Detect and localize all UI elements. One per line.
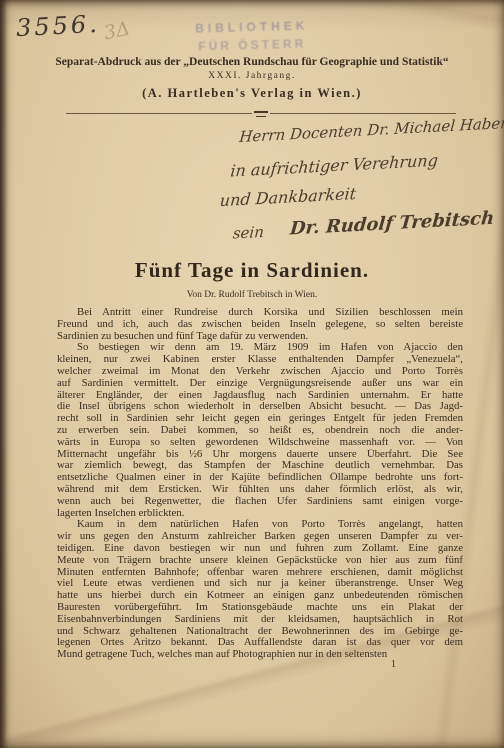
dedication-line-4: sein Dr. Rudolf Trebitsch bbox=[200, 207, 501, 244]
handwritten-dedication: Herrn Docenten Dr. Michael Haberlandt in… bbox=[200, 114, 504, 244]
header-divider-rule bbox=[66, 113, 456, 114]
text-line: hatte uns hierbei durch ein Kotmeer an e… bbox=[57, 590, 463, 602]
text-line: Mitternacht ungefähr bis ½6 Uhr morgens … bbox=[57, 449, 463, 461]
text-line: und Schwarz gehaltenen Nationaltracht de… bbox=[57, 626, 463, 638]
text-line: Kaum in dem natürlichen Hafen von Porto … bbox=[57, 519, 463, 531]
volume-line: XXXI. Jahrgang. bbox=[0, 71, 504, 81]
text-line: Mund getragene Tuch, welches man auf Pho… bbox=[57, 649, 463, 661]
text-line: auf Sardinien vermittelt. Der einzige Ve… bbox=[57, 378, 463, 390]
text-line: Bauresten vorübergeführt. Im Stationsgeb… bbox=[57, 602, 463, 614]
text-line: Meute von Trägern brachte unsere kleinen… bbox=[57, 555, 463, 567]
text-line: Minuten entfernten Bahnhofe; offenbar wa… bbox=[57, 567, 463, 579]
text-line: Freund und ich, auch das zwischen beiden… bbox=[57, 319, 463, 331]
text-line: welcher zweimal im Monat den Verkehr zwi… bbox=[57, 366, 463, 378]
dedication-line-3: und Dankbarkeit bbox=[219, 176, 504, 210]
dedication-line-1: Herrn Docenten Dr. Michael Haberlandt bbox=[239, 114, 504, 146]
text-line: teidigen. Eine davon bestiegen wir nun u… bbox=[57, 543, 463, 555]
paragraph-1: Bei Antritt einer Rundreise durch Korsik… bbox=[57, 307, 463, 342]
article-body: Bei Antritt einer Rundreise durch Korsik… bbox=[57, 307, 463, 661]
library-stamp: BIBLIOTHEK FÜR ÖSTERR bbox=[112, 16, 393, 55]
text-line: Bei Antritt einer Rundreise durch Korsik… bbox=[57, 307, 463, 319]
text-line: war ziemlich bewegt, das Stampfen der Ma… bbox=[57, 460, 463, 472]
text-line: Sardinien zu besuchen und fünf Tage dafü… bbox=[57, 331, 463, 343]
text-line: wenn auch bei Regenwetter, die flachen U… bbox=[57, 496, 463, 508]
dedication-word-sein: sein bbox=[232, 223, 265, 243]
text-line: viel Leute etwas verdienen und sich nur … bbox=[57, 578, 463, 590]
scanned-offprint-page: 3556. 3Δ BIBLIOTHEK FÜR ÖSTERR Separat-A… bbox=[0, 0, 504, 748]
dedication-line-2: in aufrichtiger Verehrung bbox=[230, 147, 504, 181]
divider-ornament bbox=[252, 110, 270, 117]
text-line: legenen Ortes Aritzo bekannt. Das Auffal… bbox=[57, 637, 463, 649]
masthead: Separat-Abdruck aus der „Deutschen Runds… bbox=[0, 56, 504, 101]
series-line: Separat-Abdruck aus der „Deutschen Runds… bbox=[0, 56, 504, 68]
text-line: Eisenbahnverbindungen Sardiniens mit der… bbox=[57, 614, 463, 626]
text-line: So bestiegen wir denn am 19. März 1909 i… bbox=[57, 342, 463, 354]
text-line: entsetzliche Qualmen einer in der Kajüte… bbox=[57, 472, 463, 484]
text-line: wärts in Europa so selten gewordenen Wil… bbox=[57, 437, 463, 449]
text-line: kleinen, nur zwei Kabinen erster Klasse … bbox=[57, 354, 463, 366]
paragraph-3: Kaum in dem natürlichen Hafen von Porto … bbox=[57, 519, 463, 661]
handwritten-signature: Dr. Rudolf Trebitsch bbox=[289, 208, 495, 240]
text-line: älterer Engländer, der einen Jagdausflug… bbox=[57, 390, 463, 402]
stamp-line-2: FÜR ÖSTERR bbox=[112, 34, 392, 55]
publisher-line: (A. Hartleben's Verlag in Wien.) bbox=[0, 86, 504, 101]
text-line: recht soll in Sardinien sehr leicht gege… bbox=[57, 413, 463, 425]
article-title: Fünf Tage in Sardinien. bbox=[0, 258, 504, 283]
text-line: die Insel übrigens schon wiederholt in d… bbox=[57, 401, 463, 413]
handwritten-inventory-number: 3556. bbox=[15, 10, 100, 42]
text-line: wir uns gegen den Ansturm zahlreicher Ba… bbox=[57, 531, 463, 543]
article-byline: Von Dr. Rudolf Trebitsch in Wien. bbox=[0, 290, 504, 300]
page-number: 1 bbox=[391, 659, 396, 670]
text-line: während mit dem Ersticken. Wir fühlten u… bbox=[57, 484, 463, 496]
text-line: zu erwerben sein. Dabei kommen, so heißt… bbox=[57, 425, 463, 437]
text-line: lagerten Inselchen erblickten. bbox=[57, 508, 463, 520]
paragraph-2: So bestiegen wir denn am 19. März 1909 i… bbox=[57, 342, 463, 519]
